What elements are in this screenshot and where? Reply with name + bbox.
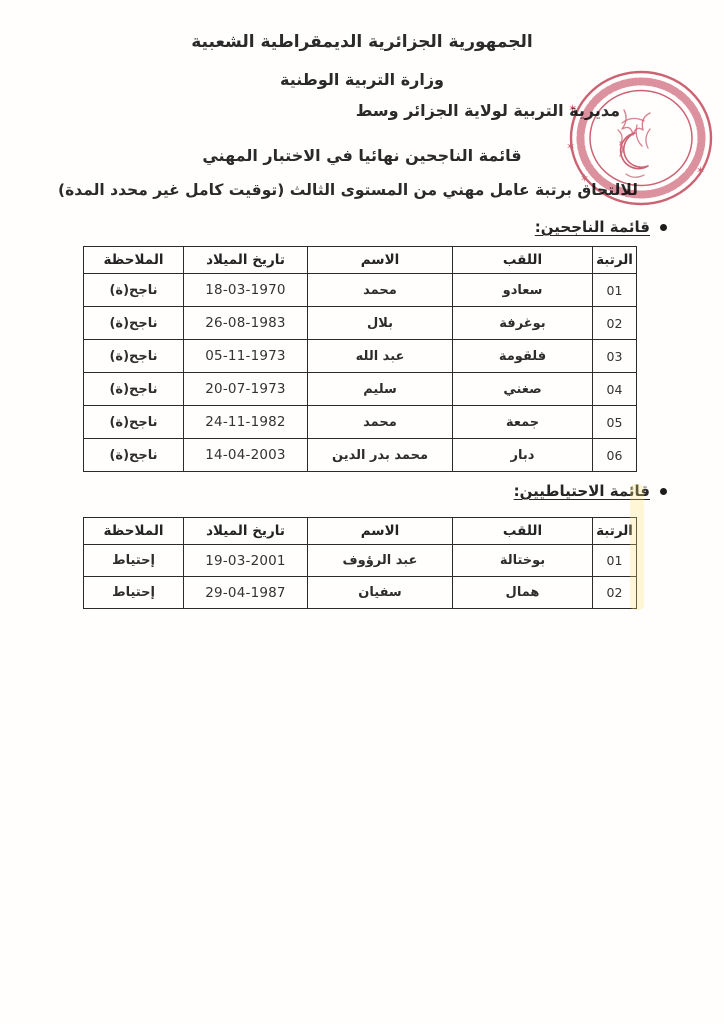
cell-rank: 06 <box>593 439 637 472</box>
cell-remark: ناجح(ة) <box>84 406 184 439</box>
cell-surname: بوختالة <box>453 545 593 577</box>
cell-rank: 01 <box>593 545 637 577</box>
column-header: اللقب <box>453 247 593 274</box>
bullet-icon <box>660 224 667 231</box>
cell-surname: فلقومة <box>453 340 593 373</box>
column-header: الملاحظة <box>84 518 184 545</box>
cell-birthdate: 14-04-2003 <box>184 439 308 472</box>
column-header: تاريخ الميلاد <box>184 518 308 545</box>
cell-remark: إحتياط <box>84 577 184 609</box>
cell-surname: دبار <box>453 439 593 472</box>
table-row: 06دبارمحمد بدر الدين14-04-2003ناجح(ة) <box>84 439 637 472</box>
seal-ring-script <box>581 82 702 195</box>
section-reserve: قائمة الاحتياطيين: <box>514 482 667 500</box>
cell-surname: بوغرفة <box>453 307 593 340</box>
cell-rank: 01 <box>593 274 637 307</box>
republic-header: الجمهورية الجزائرية الديمقراطية الشعبية <box>0 32 724 52</box>
cell-firstname: سليم <box>308 373 453 406</box>
table-row: 04صغنيسليم20-07-1973ناجح(ة) <box>84 373 637 406</box>
table-header-row: الرتبةاللقبالاسمتاريخ الميلادالملاحظة <box>84 247 637 274</box>
cell-birthdate: 29-04-1987 <box>184 577 308 609</box>
successful-candidates-table: الرتبةاللقبالاسمتاريخ الميلادالملاحظة 01… <box>83 246 637 472</box>
section-successful-label: قائمة الناجحين: <box>535 218 650 236</box>
section-successful: قائمة الناجحين: <box>535 218 667 236</box>
cell-surname: صغني <box>453 373 593 406</box>
star-icon: ✶ <box>696 164 705 177</box>
cell-birthdate: 26-08-1983 <box>184 307 308 340</box>
cell-birthdate: 24-11-1982 <box>184 406 308 439</box>
cell-rank: 02 <box>593 577 637 609</box>
column-header: الاسم <box>308 518 453 545</box>
cell-birthdate: 20-07-1973 <box>184 373 308 406</box>
cell-firstname: محمد <box>308 406 453 439</box>
cell-birthdate: 19-03-2001 <box>184 545 308 577</box>
table-row: 05جمعةمحمد24-11-1982ناجح(ة) <box>84 406 637 439</box>
table-row: 01سعادومحمد18-03-1970ناجح(ة) <box>84 274 637 307</box>
cell-surname: سعادو <box>453 274 593 307</box>
cell-rank: 05 <box>593 406 637 439</box>
table-row: 02همالسفيان29-04-1987إحتياط <box>84 577 637 609</box>
cell-remark: ناجح(ة) <box>84 340 184 373</box>
table-row: 01بوختالةعبد الرؤوف19-03-2001إحتياط <box>84 545 637 577</box>
cell-firstname: محمد <box>308 274 453 307</box>
cell-rank: 03 <box>593 340 637 373</box>
cell-rank: 02 <box>593 307 637 340</box>
seal-emblem-scribble <box>622 110 650 135</box>
reserve-candidates-table: الرتبةاللقبالاسمتاريخ الميلادالملاحظة 01… <box>83 517 637 609</box>
cell-remark: ناجح(ة) <box>84 373 184 406</box>
cell-birthdate: 18-03-1970 <box>184 274 308 307</box>
ministry-header: وزارة التربية الوطنية <box>0 70 724 89</box>
cell-birthdate: 05-11-1973 <box>184 340 308 373</box>
document-subtitle: للالتحاق برتبة عامل مهني من المستوى الثا… <box>0 181 724 199</box>
cell-surname: همال <box>453 577 593 609</box>
cell-surname: جمعة <box>453 406 593 439</box>
table-header-row: الرتبةاللقبالاسمتاريخ الميلادالملاحظة <box>84 518 637 545</box>
bullet-icon <box>660 488 667 495</box>
column-header: اللقب <box>453 518 593 545</box>
cell-firstname: بلال <box>308 307 453 340</box>
cell-rank: 04 <box>593 373 637 406</box>
cell-firstname: سفيان <box>308 577 453 609</box>
section-reserve-label: قائمة الاحتياطيين: <box>514 482 650 500</box>
cell-firstname: عبد الله <box>308 340 453 373</box>
directorate-header: مديرية التربية لولاية الجزائر وسط <box>356 101 620 120</box>
cell-remark: ناجح(ة) <box>84 274 184 307</box>
table-row: 02بوغرفةبلال26-08-1983ناجح(ة) <box>84 307 637 340</box>
column-header: الرتبة <box>593 518 637 545</box>
column-header: الرتبة <box>593 247 637 274</box>
table-row: 03فلقومةعبد الله05-11-1973ناجح(ة) <box>84 340 637 373</box>
cell-remark: ناجح(ة) <box>84 439 184 472</box>
column-header: الاسم <box>308 247 453 274</box>
cell-remark: إحتياط <box>84 545 184 577</box>
cell-firstname: محمد بدر الدين <box>308 439 453 472</box>
column-header: الملاحظة <box>84 247 184 274</box>
document-title: قائمة الناجحين نهائيا في الاختبار المهني <box>0 146 724 165</box>
document-page: الجمهورية الجزائرية الديمقراطية الشعبية … <box>0 0 724 1024</box>
column-header: تاريخ الميلاد <box>184 247 308 274</box>
cell-remark: ناجح(ة) <box>84 307 184 340</box>
cell-firstname: عبد الرؤوف <box>308 545 453 577</box>
